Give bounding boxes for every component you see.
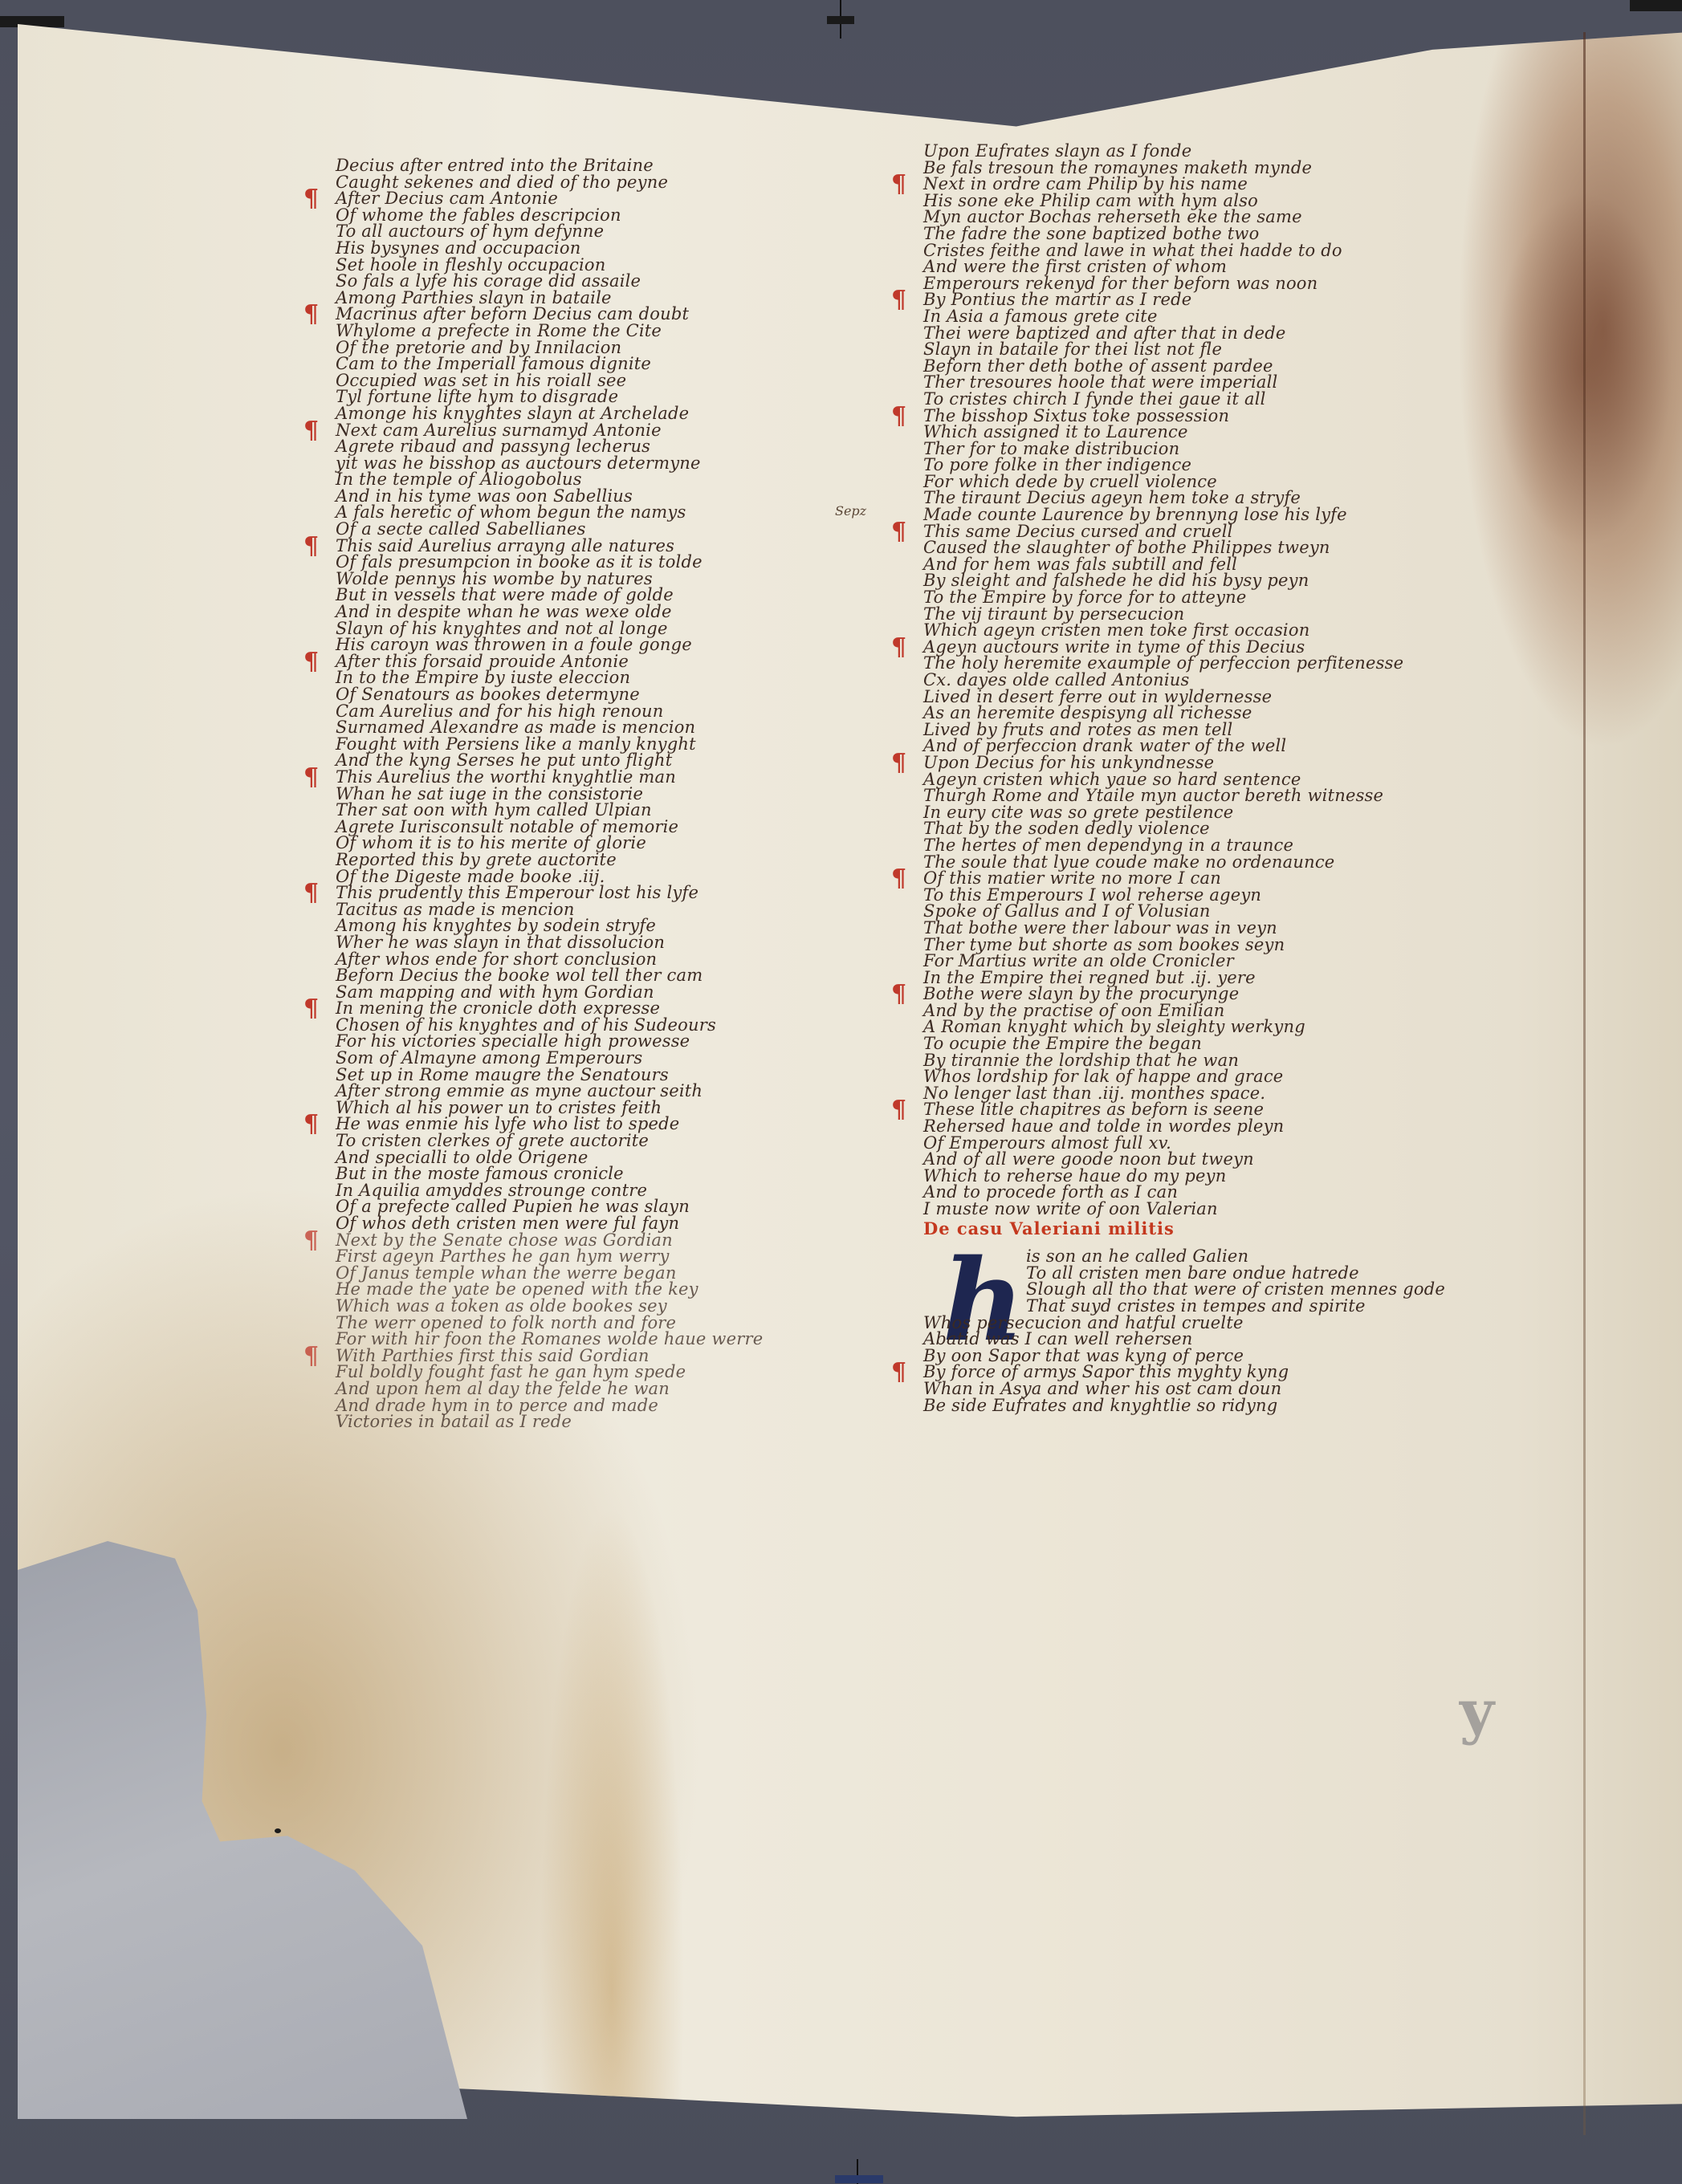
pilcrow-icon: ¶	[303, 881, 319, 905]
pilcrow-icon: ¶	[891, 1360, 906, 1385]
verse-line: Caught sekenes and died of tho peyne	[336, 174, 849, 191]
verse-line: But in the moste famous cronicle	[336, 1165, 849, 1182]
verse-line: And the kyng Serses he put unto flight	[336, 752, 849, 769]
verse-line: His caroyn was throwen in a foule gonge	[336, 636, 849, 653]
verse-line: To all cristen men bare ondue hatrede	[923, 1265, 1533, 1282]
verse-line: ¶Next in ordre cam Philip by his name	[923, 176, 1533, 193]
pilcrow-icon: ¶	[891, 405, 906, 429]
pilcrow-icon: ¶	[303, 650, 319, 674]
verse-line: After strong emmie as myne auctour seith	[336, 1083, 849, 1100]
verse-text: Be side Eufrates and knyghtlie so ridyng	[923, 1396, 1277, 1415]
verse-line: Spoke of Gallus and I of Volusian	[923, 903, 1533, 920]
verse-line: Tacitus as made is mencion	[336, 901, 849, 918]
pilcrow-icon: ¶	[891, 867, 906, 891]
verse-line: And were the first cristen of whom	[923, 258, 1533, 275]
verse-line: And to procede forth as I can	[923, 1184, 1533, 1201]
verse-line: And in his tyme was oon Sabellius	[336, 488, 849, 505]
verse-line: Of Emperours almost full xv.	[923, 1135, 1533, 1152]
verse-line: That bothe were ther labour was in veyn	[923, 920, 1533, 937]
verse-line: And drade hym in to perce and made	[336, 1397, 849, 1414]
verse-line: Som of Almayne among Emperours	[336, 1050, 849, 1067]
verse-line: He made the yate be opened with the key	[336, 1281, 849, 1298]
verse-line: The hertes of men dependyng in a traunce	[923, 837, 1533, 854]
verse-line: Rehersed haue and tolde in wordes pleyn	[923, 1118, 1533, 1135]
verse-line: ¶Next by the Senate chose was Gordian	[336, 1232, 849, 1249]
verse-line: ¶After Decius cam Antonie	[336, 190, 849, 207]
verse-line: Wher he was slayn in that dissolucion	[336, 934, 849, 951]
verse-line: Ther tyme but shorte as som bookes seyn	[923, 937, 1533, 954]
verse-line: The tiraunt Decius ageyn hem toke a stry…	[923, 490, 1533, 506]
verse-line: ¶Of this matier write no more I can	[923, 870, 1533, 887]
verse-line: So fals a lyfe his corage did assaile	[336, 273, 849, 290]
verse-line: Whylome a prefecte in Rome the Cite	[336, 323, 849, 340]
verse-line: In eury cite was so grete pestilence	[923, 804, 1533, 821]
verse-line: I muste now write of oon Valerian	[923, 1201, 1533, 1218]
verse-line: Ther for to make distribucion	[923, 441, 1533, 458]
verse-line: Of a prefecte called Pupien he was slayn	[336, 1198, 849, 1215]
parchment-hole	[275, 1828, 281, 1833]
pilcrow-icon: ¶	[891, 636, 906, 660]
verse-line: Of fals presumpcion in booke as it is to…	[336, 554, 849, 571]
verse-line: Cx. dayes olde called Antonius	[923, 672, 1533, 689]
verse-line: And for hem was fals subtill and fell	[923, 556, 1533, 573]
pilcrow-icon: ¶	[891, 520, 906, 544]
verse-line: For Martius write an olde Cronicler	[923, 953, 1533, 970]
corner-tab-top-right	[1630, 0, 1682, 11]
verse-line: ¶After this forsaid prouide Antonie	[336, 653, 849, 670]
verse-line: And in despite whan he was wexe olde	[336, 604, 849, 620]
verse-line: Which to reherse haue do my peyn	[923, 1168, 1533, 1185]
verse-line: Of a secte called Sabellianes	[336, 521, 849, 538]
verse-line: Whan in Asya and wher his ost cam doun	[923, 1381, 1533, 1397]
pilcrow-icon: ¶	[303, 1112, 319, 1137]
verse-line: A Roman knyght which by sleighty werkyng	[923, 1019, 1533, 1035]
verse-line: And upon hem al day the felde he wan	[336, 1381, 849, 1397]
verse-line: But in vessels that were made of golde	[336, 587, 849, 604]
verse-line: Fought with Persiens like a manly knyght	[336, 736, 849, 753]
verse-line: Which ageyn cristen men toke first occas…	[923, 622, 1533, 639]
verse-line: Set hoole in fleshly occupacion	[336, 257, 849, 274]
verse-line: Slough all tho that were of cristen menn…	[923, 1281, 1533, 1298]
verse-line: As an heremite despisyng all richesse	[923, 705, 1533, 722]
verse-line: Occupied was set in his roiall see	[336, 372, 849, 389]
pilcrow-icon: ¶	[303, 1344, 319, 1369]
verse-line: To all auctours of hym defynne	[336, 223, 849, 240]
verse-line: That by the soden dedly violence	[923, 820, 1533, 837]
pilcrow-icon: ¶	[303, 535, 319, 559]
verse-line: Whos lordship for lak of happe and grace	[923, 1068, 1533, 1085]
verse-line: Decius after entred into the Britaine	[336, 157, 849, 174]
verse-line: In the Empire thei regned but .ij. yere	[923, 970, 1533, 986]
verse-line: The werr opened to folk north and fore	[336, 1315, 849, 1332]
verse-line: Thei were baptized and after that in ded…	[923, 325, 1533, 342]
verse-line: For his victories specialle high prowess…	[336, 1033, 849, 1050]
verse-text: I muste now write of oon Valerian	[923, 1199, 1218, 1218]
verse-text: Victories in batail as I rede	[336, 1412, 572, 1431]
verse-line: Ful boldly fought fast he gan hym spede	[336, 1364, 849, 1381]
verse-line: Ther tresoures hoole that were imperiall	[923, 374, 1533, 391]
rubric-heading: De casu Valeriani militis	[923, 1221, 1533, 1238]
verse-line: ¶Upon Decius for his unkyndnesse	[923, 754, 1533, 771]
verse-line: Of whom it is to his merite of glorie	[336, 835, 849, 852]
verse-line: Among Parthies slayn in bataile	[336, 290, 849, 307]
verse-line: To ocupie the Empire the began	[923, 1035, 1533, 1052]
verse-line: The fadre the sone baptized bothe two	[923, 226, 1533, 242]
verse-line: That suyd cristes in tempes and spirite	[923, 1298, 1533, 1315]
verse-line: Slayn of his knyghtes and not al longe	[336, 620, 849, 637]
verse-line: Whos persecucion and hatful cruelte	[923, 1315, 1533, 1332]
verse-line: ¶By Pontius the martir as I rede	[923, 291, 1533, 308]
right-column: Upon Eufrates slayn as I fondeBe fals tr…	[923, 143, 1533, 1413]
verse-line: Reported this by grete auctorite	[336, 852, 849, 868]
offset-letter: y	[1460, 1678, 1494, 1747]
verse-line: Upon Eufrates slayn as I fonde	[923, 143, 1533, 160]
verse-line: Slayn in bataile for thei list not fle	[923, 341, 1533, 358]
verse-line: And by the practise of oon Emilian	[923, 1003, 1533, 1019]
verse-line: To this Emperours I wol reherse ageyn	[923, 887, 1533, 904]
verse-line: Of the Digeste made booke .iij.	[336, 868, 849, 885]
verse-line: Cam Aurelius and for his high renoun	[336, 703, 849, 720]
verse-line: Victories in batail as I rede	[336, 1413, 849, 1430]
verse-line: Whan he sat iuge in the consistorie	[336, 786, 849, 803]
verse-line: Lived in desert ferre out in wyldernesse	[923, 689, 1533, 706]
verse-line: Which was a token as olde bookes sey	[336, 1298, 849, 1315]
verse-line: Thurgh Rome and Ytaile myn auctor bereth…	[923, 787, 1533, 804]
verse-line: Ageyn cristen which yaue so hard sentenc…	[923, 771, 1533, 788]
verse-line: ¶This prudently this Emperour lost his l…	[336, 885, 849, 901]
verse-line: ¶With Parthies first this said Gordian	[336, 1348, 849, 1364]
verse-line: After whos ende for short conclusion	[336, 951, 849, 968]
verse-line: To cristes chirch I fynde thei gaue it a…	[923, 391, 1533, 408]
verse-line: To pore folke in ther indigence	[923, 457, 1533, 474]
verse-line: In Asia a famous grete cite	[923, 308, 1533, 325]
verse-line: ¶Macrinus after beforn Decius cam doubt	[336, 306, 849, 323]
verse-line: Abatid was I can well rehersen	[923, 1331, 1533, 1348]
registration-bar-top	[827, 16, 854, 24]
gutter-fold	[1583, 32, 1586, 2135]
verse-line: First ageyn Parthes he gan hym werry	[336, 1248, 849, 1265]
verse-line: And of all were goode noon but tweyn	[923, 1151, 1533, 1168]
pilcrow-icon: ¶	[303, 187, 319, 211]
verse-line: Set up in Rome maugre the Senatours	[336, 1067, 849, 1084]
pilcrow-icon: ¶	[303, 419, 319, 443]
verse-line: Chosen of his knyghtes and of his Sudeou…	[336, 1017, 849, 1034]
verse-line: The vij tiraunt by persecucion	[923, 606, 1533, 623]
verse-line: Tyl fortune lifte hym to disgrade	[336, 388, 849, 405]
verse-line: Caused the slaughter of bothe Philippes …	[923, 539, 1533, 556]
verse-line: Of whome the fables descripcion	[336, 207, 849, 224]
pilcrow-icon: ¶	[891, 173, 906, 197]
verse-line: Of Senatours as bookes determyne	[336, 686, 849, 703]
verse-line: Lived by fruts and rotes as men tell	[923, 722, 1533, 738]
verse-line: Cristes feithe and lawe in what thei had…	[923, 242, 1533, 259]
verse-line: No lenger last than .iij. monthes space.	[923, 1085, 1533, 1102]
verse-line: Myn auctor Bochas reherseth eke the same	[923, 209, 1533, 226]
pilcrow-icon: ¶	[891, 982, 906, 1007]
verse-line: In the temple of Aliogobolus	[336, 471, 849, 488]
verse-line: Surnamed Alexandre as made is mencion	[336, 719, 849, 736]
verse-line: Among his knyghtes by sodein stryfe	[336, 917, 849, 934]
verse-line: His sone eke Philip cam with hym also	[923, 193, 1533, 209]
verse-line: Which al his power un to cristes feith	[336, 1100, 849, 1116]
verse-line: ¶He was enmie his lyfe who list to spede	[336, 1116, 849, 1133]
verse-line: Beforn ther deth bothe of assent pardee	[923, 358, 1533, 375]
verse-line: ¶This same Decius cursed and cruell	[923, 523, 1533, 540]
verse-line: Sam mapping and with hym Gordian	[336, 984, 849, 1001]
verse-line: Of the pretorie and by Innilacion	[336, 340, 849, 356]
verse-line: Of Janus temple whan the werre began	[336, 1265, 849, 1282]
verse-line: ¶This said Aurelius arrayng alle natures	[336, 538, 849, 555]
verse-line: In to the Empire by iuste eleccion	[336, 669, 849, 686]
verse-line: ¶This Aurelius the worthi knyghtlie man	[336, 769, 849, 786]
pilcrow-icon: ¶	[891, 288, 906, 312]
verse-line: Wolde pennys his wombe by natures	[336, 571, 849, 588]
verse-line: Made counte Laurence by brennyng lose hi…	[923, 506, 1533, 523]
verse-line: Which assigned it to Laurence	[923, 424, 1533, 441]
pilcrow-icon: ¶	[303, 997, 319, 1021]
verse-line: Agrete ribaud and passyng lecherus	[336, 438, 849, 455]
verse-line: ¶Bothe were slayn by the procurynge	[923, 986, 1533, 1003]
verse-line: To the Empire by force for to atteyne	[923, 589, 1533, 606]
verse-line: Be fals tresoun the romaynes maketh mynd…	[923, 160, 1533, 177]
registration-bar-bottom	[835, 2175, 883, 2183]
verse-line: And specialli to olde Origene	[336, 1149, 849, 1166]
pilcrow-icon: ¶	[303, 303, 319, 327]
verse-line: Be side Eufrates and knyghtlie so ridyng	[923, 1397, 1533, 1414]
pilcrow-icon: ¶	[891, 1098, 906, 1122]
verse-line: is son an he called Galien	[923, 1248, 1533, 1265]
verse-line: The soule that lyue coude make no ordena…	[923, 854, 1533, 871]
verse-line: Amonge his knyghtes slayn at Archelade	[336, 405, 849, 422]
verse-line: ¶The bisshop Sixtus toke possession	[923, 408, 1533, 425]
verse-line: Beforn Decius the booke wol tell ther ca…	[336, 967, 849, 984]
verse-line: Ther sat oon with hym called Ulpian	[336, 802, 849, 819]
verse-line: A fals heretic of whom begun the namys	[336, 504, 849, 521]
verse-line: In Aquilia amyddes strounge contre	[336, 1182, 849, 1199]
verse-line: The holy heremite exaumple of perfeccion…	[923, 655, 1533, 672]
verse-line: ¶In mening the cronicle doth expresse	[336, 1000, 849, 1017]
verse-line: By sleight and falshede he did his bysy …	[923, 572, 1533, 589]
pilcrow-icon: ¶	[891, 751, 906, 775]
verse-line: ¶Next cam Aurelius surnamyd Antonie	[336, 422, 849, 439]
verse-line: Emperours rekenyd for ther beforn was no…	[923, 275, 1533, 292]
verse-line: For with hir foon the Romanes wolde haue…	[336, 1331, 849, 1348]
verse-line: Cam to the Imperiall famous dignite	[336, 356, 849, 372]
pilcrow-icon: ¶	[303, 1229, 319, 1253]
verse-line: And of perfeccion drank water of the wel…	[923, 738, 1533, 754]
verse-line: To cristen clerkes of grete auctorite	[336, 1133, 849, 1149]
verse-line: ¶These litle chapitres as beforn is seen…	[923, 1101, 1533, 1118]
verse-line: Agrete Iurisconsult notable of memorie	[336, 819, 849, 836]
verse-line: His bysynes and occupacion	[336, 240, 849, 257]
left-column: Decius after entred into the BritaineCau…	[336, 157, 849, 1430]
verse-line: ¶By force of armys Sapor this myghty kyn…	[923, 1364, 1533, 1381]
verse-line: For which dede by cruell violence	[923, 474, 1533, 490]
verse-line: By tirannie the lordship that he wan	[923, 1052, 1533, 1069]
verse-line: ¶Ageyn auctours write in tyme of this De…	[923, 639, 1533, 656]
verse-line: By oon Sapor that was kyng of perce	[923, 1348, 1533, 1364]
verse-line: yit was he bisshop as auctours determyne	[336, 455, 849, 472]
verse-line: Of whos deth cristen men were ful fayn	[336, 1215, 849, 1232]
pilcrow-icon: ¶	[303, 766, 319, 790]
